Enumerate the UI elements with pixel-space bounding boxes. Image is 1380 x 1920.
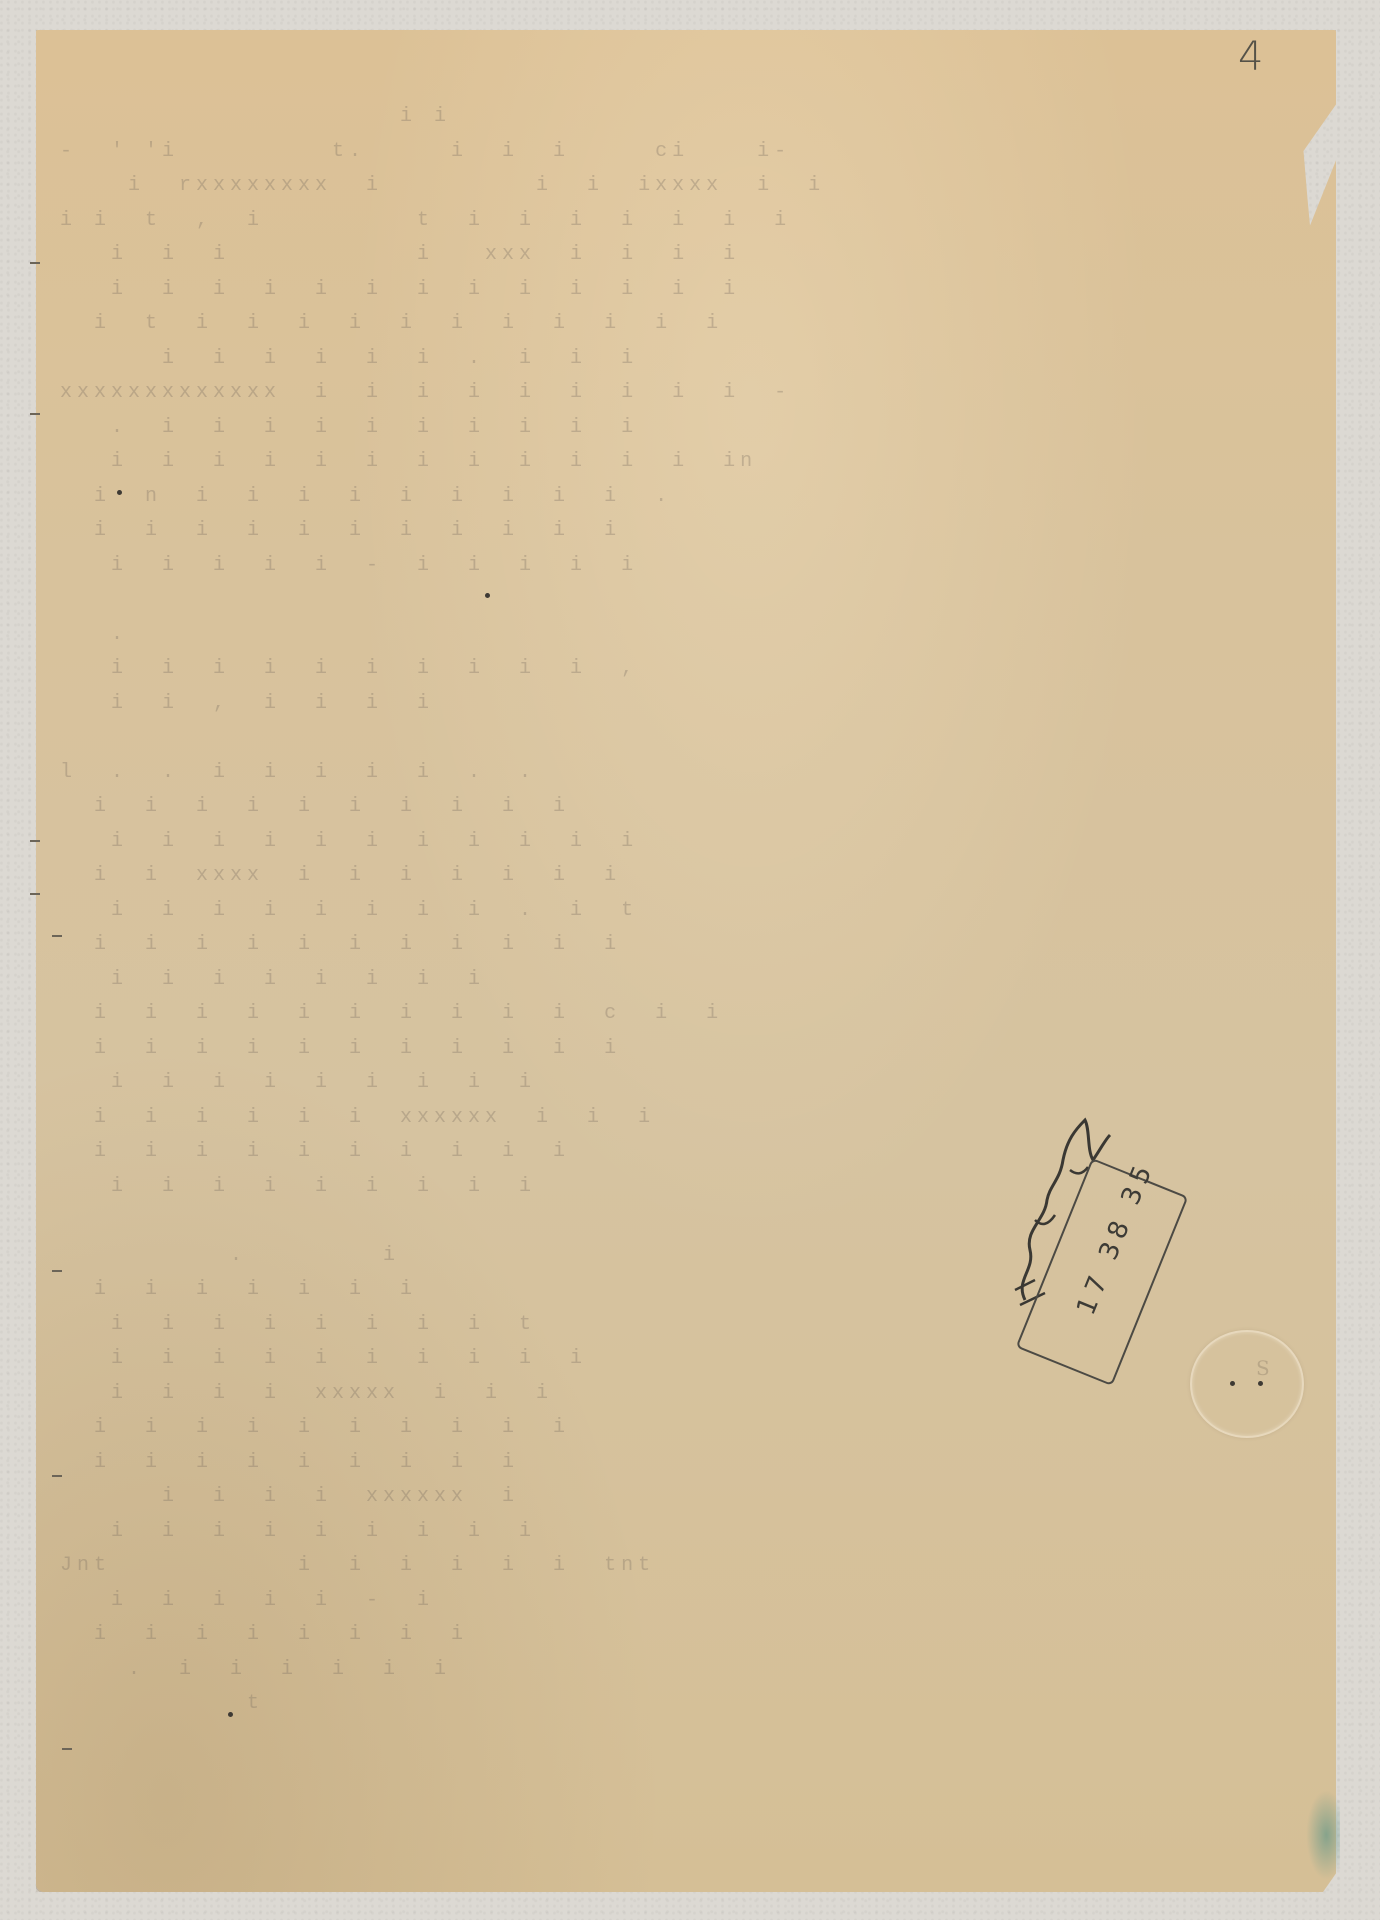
ghost-text-line: . i i i i i i — [60, 1653, 1300, 1688]
ghost-text-line: xxxxxxxxxxxxx i i i i i i i i i - — [60, 376, 1300, 411]
ghost-text-line: i i i i xxxxxx i — [60, 1480, 1300, 1515]
ghost-text-line: i i i i i i i i . i t — [60, 894, 1300, 929]
faded-typewritten-text: i i- ' 'i t. i i i ci i- i rxxxxxxxx i i… — [60, 100, 1300, 1722]
ghost-text-line: i i i i i i . i i i — [60, 342, 1300, 377]
margin-mark — [30, 262, 40, 264]
ghost-text-line: i i t , i t i i i i i i i — [60, 204, 1300, 239]
ghost-text-line — [60, 721, 1300, 756]
ghost-text-line: i i i i i i i i — [60, 1618, 1300, 1653]
ghost-text-line — [60, 583, 1300, 618]
ghost-text-line: i i i i i i i i i i i — [60, 1032, 1300, 1067]
ghost-text-line: i i i i xxx i i i i — [60, 238, 1300, 273]
ghost-text-line: . — [60, 618, 1300, 653]
ghost-text-line: t — [60, 1687, 1300, 1722]
ghost-text-line: i i i i i i i i i i i — [60, 825, 1300, 860]
ink-dot — [228, 1712, 233, 1717]
ghost-text-line: i i i i i i i i i i c i i — [60, 997, 1300, 1032]
ghost-text-line: i n i i i i i i i i i . — [60, 480, 1300, 515]
ink-dot — [485, 593, 490, 598]
margin-mark — [30, 413, 40, 415]
ghost-text-line: i i i i i i i i i i i i i — [60, 273, 1300, 308]
handwritten-page-number: 4 — [1238, 34, 1263, 80]
ghost-text-line: i i i i i i i i i i i i in — [60, 445, 1300, 480]
ghost-text-line: i i — [60, 100, 1300, 135]
boxed-number: 17 38 35 — [1071, 1215, 1136, 1319]
ghost-text-line: . i i i i i i i i i i — [60, 411, 1300, 446]
embossed-seal: S — [1190, 1330, 1304, 1438]
ghost-text-line: Jnt i i i i i i tnt — [60, 1549, 1300, 1584]
ghost-text-line: i i i i i - i i i i i — [60, 549, 1300, 584]
ghost-text-line: i rxxxxxxxx i i i ixxxx i i — [60, 169, 1300, 204]
ghost-text-line: i t i i i i i i i i i i i — [60, 307, 1300, 342]
ghost-text-line: i i i i i i i i — [60, 963, 1300, 998]
ghost-text-line: i i i i i i i i i — [60, 1515, 1300, 1550]
ghost-text-line: i i i i i i i i i i — [60, 1411, 1300, 1446]
ghost-text-line: i i xxxx i i i i i i i — [60, 859, 1300, 894]
ghost-text-line: i i i i i i i i i i — [60, 790, 1300, 825]
ghost-text-line: i i i i i i i i i — [60, 1446, 1300, 1481]
ghost-text-line: - ' 'i t. i i i ci i- — [60, 135, 1300, 170]
seal-letter: S — [1256, 1356, 1270, 1380]
pencil-annotation: 17 38 35 — [975, 1090, 1215, 1350]
ink-dot — [117, 490, 122, 495]
ghost-text-line: i i i i i i i i i i i — [60, 928, 1300, 963]
margin-mark — [62, 1748, 72, 1750]
margin-mark — [52, 1475, 62, 1477]
ghost-text-line: l . . i i i i i . . — [60, 756, 1300, 791]
ink-stain — [1306, 1790, 1340, 1880]
ghost-text-line: i i i i xxxxx i i i — [60, 1377, 1300, 1412]
ghost-text-line: i i , i i i i — [60, 687, 1300, 722]
margin-mark — [30, 893, 40, 895]
ghost-text-line: i i i i i i i i i i i — [60, 514, 1300, 549]
ghost-text-line: i i i i i i i i i i , — [60, 652, 1300, 687]
margin-mark — [52, 1270, 62, 1272]
margin-mark — [30, 840, 40, 842]
margin-mark — [52, 935, 62, 937]
ghost-text-line: i i i i i - i — [60, 1584, 1300, 1619]
